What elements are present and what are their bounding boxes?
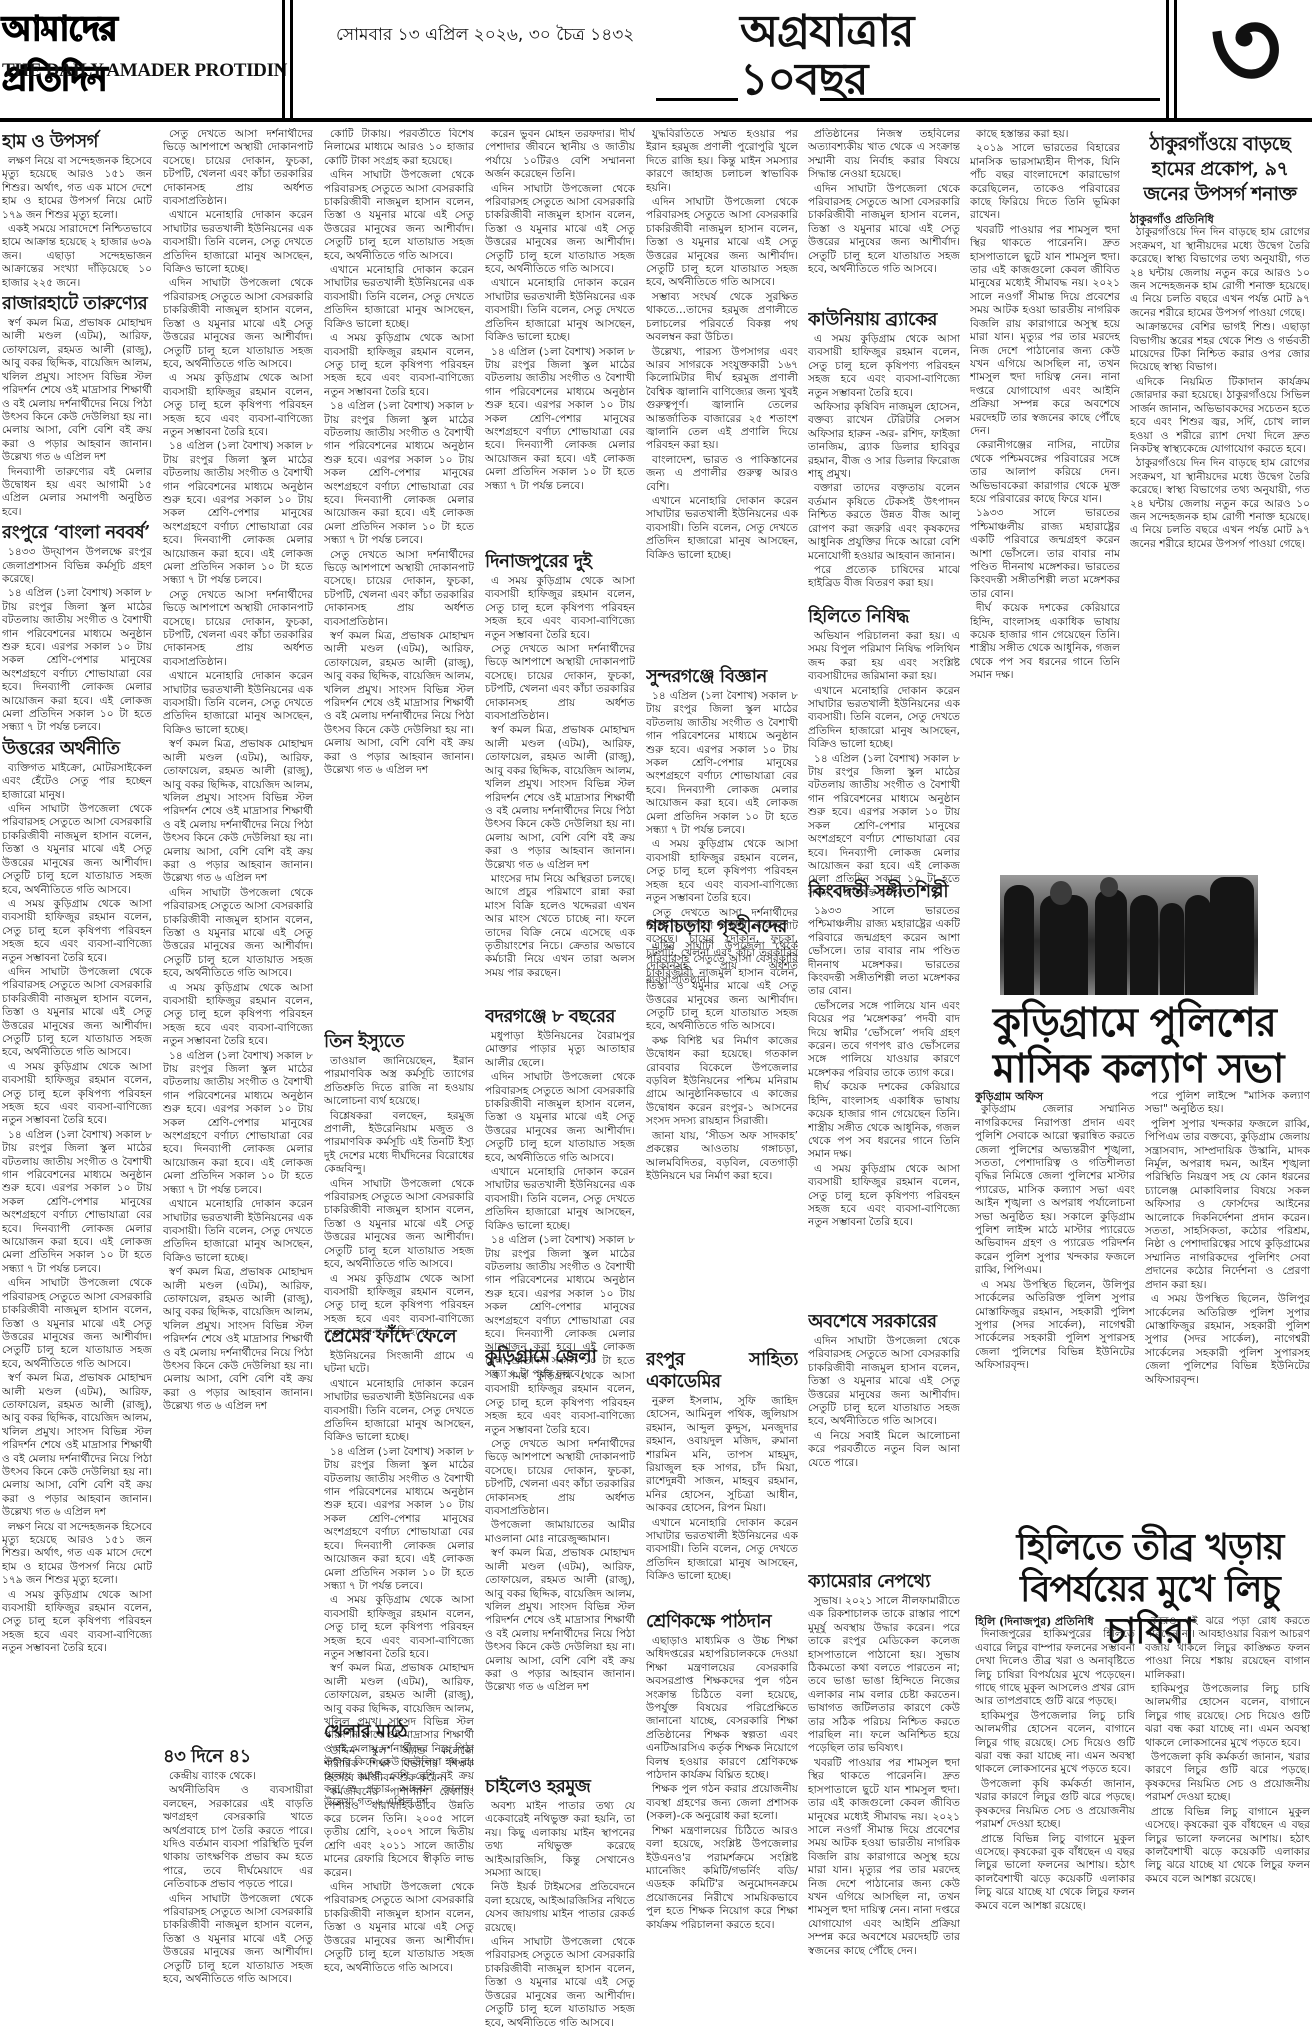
story-paragraph: কর্মজীবনের পাশাপাশি রেফারিং পেশায়ও ধারা… (324, 1786, 474, 1880)
story-byline: হিলি (দিনাজপুর) প্রতিনিধি (975, 1615, 1135, 1628)
story-block: তিন ইস্যুতে তাওয়াল জানিয়েছেন, ইরান পার… (324, 1028, 474, 1341)
story-paragraph: এদিন সাঘাটা উপজেলা থেকে পরিবারসহ সেতুতে … (163, 887, 313, 981)
story-headline: হিলিতে নিষিদ্ধ (808, 606, 960, 628)
story-headline: ঠাকুরগাঁওয়ে বাড়ছে হামের প্রকোপ, ৯৭ জনে… (1130, 132, 1310, 207)
story-paragraph: স্বর্ণ কমল মিত্র, প্রভাষক মোহাম্মদ আলী ম… (485, 724, 635, 871)
story-block: কাউনিয়ায় ব্র্যাকের এ সময় কুড়িগ্রাম থ… (808, 306, 960, 592)
story-headline: হাম ও উপসর্গ (2, 131, 152, 153)
story-paragraph: পরে পুলিশ লাইন্সে "মাসিক কল্যাণ সভা" অনু… (1145, 1090, 1310, 1117)
story-paragraph: ১৪ এপ্রিল (১লা বৈশাখ) সকাল ৮ টায় রংপুর … (163, 1050, 313, 1197)
page-number-divider (1166, 0, 1169, 118)
story-paragraph: এ সময় কুড়িগ্রাম থেকে আসা ব্যবসায়ী হাফ… (485, 575, 635, 642)
story-paragraph: এদিন সাঘাটা উপজেলা থেকে পরিবারসহ সেতুতে … (646, 196, 798, 290)
story-paragraph: বিশ্লেষকরা বলছেন, হরমুজ প্রণালী, ইউরেনিয… (324, 1110, 474, 1177)
story-paragraph: এখানে মনোহারি দোকান করেন সাঘাটার ভরতখালী… (485, 277, 635, 344)
story-paragraph: উল্লেখ্য, পারস্য উপসাগর এবং আরব সাগরকে স… (646, 346, 798, 453)
story-paragraph: এদিন সাঘাটা উপজেলা থেকে পরিবারসহ সেতুতে … (485, 1071, 635, 1165)
story-paragraph: উদ্দিন স্কুল অ্যান্ড কলেজে শারীরিক শিক্ষ… (324, 1745, 474, 1785)
masthead-divider (282, 0, 285, 118)
story-paragraph: দীর্ঘ কয়েক দশকের কেরিয়ারে হিন্দি, বাংল… (808, 1081, 960, 1161)
story-paragraph: লক্ষণ নিয়ে বা সন্দেহজনক হিসেবে মৃত্যু হ… (2, 155, 152, 222)
story-block: হিলিতে নিষিদ্ধ অভিযান পরিচালনা করা হয়। … (808, 603, 960, 901)
story-headline: কিংবদন্তী সঙ্গীতশিল্পী (808, 881, 960, 903)
story-paragraph: উপজেলা কৃষি কর্মকর্তা জানান, খরার কারণে … (1145, 1751, 1310, 1805)
story-paragraph: কোটি টাকায়। পরবর্তীতে বিশেষ নিলামের মাধ… (324, 128, 474, 168)
police-parade-photo (1000, 875, 1258, 995)
story-paragraph: এখানে মনোহারি দোকান করেন সাঘাটার ভরতখালী… (646, 1517, 798, 1584)
story-paragraph: কক্ষ বিশিষ্ট ঘর নির্মাণ কাজের উদ্বোধন কর… (646, 1035, 798, 1129)
story-hili-lychee-cont: করেও এই ঝরে পড়া রোধ করতে পারছেন না। আবহ… (1145, 1615, 1310, 2033)
story-paragraph: সেতু দেখতে আসা দর্শনার্থীদের ভিড়ে আশপাশ… (485, 1438, 635, 1518)
story-paragraph: জানা যায়, ‘সীডস অফ সাদকাহ’ প্রকল্পের আও… (646, 1130, 798, 1184)
story-paragraph: এখানে মনোহারি দোকান করেন সাঘাটার ভরতখালী… (808, 685, 960, 752)
story-paragraph: এ নিয়ে সবাই মিলে আলোচনা করে পরবর্তীতে ন… (808, 1430, 960, 1470)
story-block: ক্যামেরার নেপথ্যে সুভাষ। ২০২১ সালে নীলফা… (808, 1568, 960, 1959)
story-paragraph: সম্ভাব্য সংঘর্ষ থেকে সুরক্ষিত থাকতে…তাদে… (646, 291, 798, 345)
story-paragraph: প্রান্তে বিভিন্ন লিচু বাগানে মুকুল এসেছে… (975, 1833, 1135, 1913)
anniversary-rule (820, 98, 1160, 101)
story-paragraph: ২০১৯ সালে ভারতের বিহারের মানসিক ভারসাম্য… (970, 142, 1120, 222)
story-paragraph: যুদ্ধবিরতিতে সম্মত হওয়ার পর ইরান হরমুজ … (646, 128, 798, 195)
newspaper-logo-english: THE DAILY AMADER PROTIDIN (2, 60, 287, 82)
column-2: সেতু দেখতে আসা দর্শনার্থীদের ভিড়ে আশপাশ… (163, 128, 313, 2033)
story-paragraph: মধুপাড়া ইউনিয়নের বৈরামপুর মোক্তার পাড়… (485, 1030, 635, 1070)
headline-line1: হিলিতে তীব্র খড়ায় (990, 1527, 1310, 1569)
story-headline: উত্তরের অর্থনীতি (2, 738, 152, 760)
story-paragraph: অভিযান পরিচালনা করা হয়। এ সময় বিপুল পর… (808, 630, 960, 684)
story-paragraph: সুভাষ। ২০২১ সালে নীলফামারীতে এক রিকশাচাল… (808, 1595, 960, 1756)
story-paragraph: দীর্ঘ কয়েক দশকের কেরিয়ারে হিন্দি, বাংল… (970, 602, 1120, 682)
masthead-rule (0, 118, 1312, 122)
story-paragraph: তাওয়াল জানিয়েছেন, ইরান পারমাণবিক অস্ত্… (324, 1055, 474, 1109)
masthead-divider (290, 0, 293, 118)
story-paragraph: লক্ষণ নিয়ে বা সন্দেহজনক হিসেবে মৃত্যু হ… (2, 1521, 152, 1588)
story-paragraph: উপজেলা কৃষি কর্মকর্তা জানান, খরার কারণে … (975, 1778, 1135, 1832)
story-byline: ঠাকুরগাঁও প্রতিনিধি (1130, 213, 1310, 226)
story-headline: কুড়িগ্রামে পুলিশের মাসিক কল্যাণ সভা (993, 1000, 1284, 1092)
story-paragraph: খবরটি পাওয়ার পর শামসুল হুদা স্থির থাকতে… (970, 224, 1120, 439)
story-block: চাইলেও হরমুজ অবশ্য মাইন পাতার তথ্য যে এক… (485, 1773, 635, 2031)
story-headline: দিনাজপুরের দুই (485, 551, 635, 573)
headline-line1: কুড়িগ্রামে পুলিশের (993, 1000, 1284, 1046)
story-paragraph: এদিন সাঘাটা উপজেলা থেকে পরিবারসহ সেতুতে … (2, 966, 152, 1060)
issue-date: সোমবার ১৩ এপ্রিল ২০২৬, ৩০ চৈত্র ১৪৩২ (336, 22, 634, 50)
story-headline: সুন্দরগঞ্জে বিজ্ঞান (646, 666, 798, 688)
story-paragraph: এখানে মনোহারি দোকান করেন সাঘাটার ভরতখালী… (646, 495, 798, 562)
story-paragraph: এখানে মনোহারি দোকান করেন সাঘাটার ভরতখালী… (163, 670, 313, 737)
story-paragraph: এদিন সাঘাটা উপজেলা থেকে পরিবারসহ সেতুতে … (485, 1936, 635, 2030)
story-paragraph: প্রান্তে বিভিন্ন লিচু বাগানে মুকুল এসেছে… (1145, 1806, 1310, 1886)
story-paragraph: ১৯৩৩ সালে ভারতের পশ্চিমাঞ্চলীয় রাজ্য মহ… (808, 905, 960, 999)
story-paragraph: স্বর্ণ কমল মিত্র, প্রভাষক মোহাম্মদ আলী ম… (485, 1547, 635, 1694)
story-paragraph: এ সময় কুড়িগ্রাম থেকে আসা ব্যবসায়ী হাফ… (2, 1589, 152, 1656)
story-paragraph: পরে প্রত্যেক চাষিদের মাঝে হাইব্রিড বীজ ব… (808, 564, 960, 591)
story-kurigram-police-cont: পরে পুলিশ লাইন্সে "মাসিক কল্যাণ সভা" অনু… (1145, 1090, 1310, 1515)
story-paragraph: এ সময় কুড়িগ্রাম থেকে আসা ব্যবসায়ী হাফ… (163, 982, 313, 1049)
story-block: দিনাজপুরের দুই এ সময় কুড়িগ্রাম থেকে আস… (485, 548, 635, 981)
story-headline: খেলার মাঠে (324, 1721, 474, 1743)
story-paragraph: এ সময় কুড়িগ্রাম থেকে আসা ব্যবসায়ী হাফ… (646, 838, 798, 905)
story-headline: ক্যামেরার নেপথ্যে (808, 1571, 960, 1593)
story-paragraph: স্বর্ণ কমল মিত্র, প্রভাষক মোহাম্মদ আলী ম… (2, 1372, 152, 1519)
story-paragraph: সেতু দেখতে আসা দর্শনার্থীদের ভিড়ে আশপাশ… (163, 589, 313, 669)
story-paragraph: স্বর্ণ কমল মিত্র, প্রভাষক মোহাম্মদ আলী ম… (2, 317, 152, 464)
story-paragraph: করেও এই ঝরে পড়া রোধ করতে পারছেন না। আবহ… (1145, 1615, 1310, 1682)
story-headline: চাইলেও হরমুজ (485, 1776, 635, 1798)
story-headline: রংপুর সাহিত্য একাডেমির (646, 1349, 798, 1393)
story-paragraph: এ সময় কুড়িগ্রাম থেকে আসা ব্যবসায়ী হাফ… (324, 1594, 474, 1661)
story-paragraph: কেরানীগঞ্জের নাসির, নাটোর থেকে পশ্চিমবঙ্… (970, 439, 1120, 506)
story-kurigram-police: কুড়িগ্রাম অফিস কুড়িগ্রাম জেলার সম্মানি… (975, 1090, 1135, 1515)
story-paragraph: এ সময় কুড়িগ্রাম থেকে আসা ব্যবসায়ী হাফ… (808, 1163, 960, 1230)
story-paragraph: ১৪ এপ্রিল (১লা বৈশাখ) সকাল ৮ টায় রংপুর … (646, 690, 798, 837)
column-5: যুদ্ধবিরতিতে সম্মত হওয়ার পর ইরান হরমুজ … (646, 128, 798, 2033)
story-block: কুড়িগ্রামে জেলা এ সময় কুড়িগ্রাম থেকে … (485, 1343, 635, 1696)
story-paragraph: এ সময় উপস্থিত ছিলেন, উলিপুর সার্কেলের অ… (1145, 1293, 1310, 1387)
story-paragraph: ১৪ এপ্রিল (১লা বৈশাখ) সকাল ৮ টায় রংপুর … (2, 1129, 152, 1276)
story-paragraph: ইউনিয়নের সিংজানী গ্রামে এ ঘটনা ঘটে। (324, 1350, 474, 1377)
story-paragraph: হাকিমপুর উপজেলার লিচু চাষি আলমগীর হোসেন … (1145, 1683, 1310, 1750)
story-block: কিংবদন্তী সঙ্গীতশিল্পী ১৯৩৩ সালে ভারতের … (808, 878, 960, 1231)
story-headline: তিন ইস্যুতে (324, 1031, 474, 1053)
headline-line2: মাসিক কল্যাণ সভা (993, 1046, 1284, 1092)
story-paragraph: এখানে মনোহারি দোকান করেন সাঘাটার ভরতখালী… (324, 1378, 474, 1445)
story-paragraph: সেতু দেখতে আসা দর্শনার্থীদের ভিড়ে আশপাশ… (163, 128, 313, 208)
story-block: অবশেষে সরকারের এদিন সাঘাটা উপজেলা থেকে প… (808, 1308, 960, 1471)
story-paragraph: এদিন সাঘাটা উপজেলা থেকে পরিবারসহ সেতুতে … (808, 183, 960, 277)
story-paragraph: শিক্ষা মন্ত্রণালয়ের চিঠিতে আরও বলা হয়ে… (646, 1825, 798, 1932)
story-paragraph: ঠাকুরগাঁওয়ে দিন দিন বাড়ছে হাম রোগের সং… (1130, 457, 1310, 551)
story-paragraph: এ সময় কুড়িগ্রাম থেকে আসা ব্যবসায়ী হাফ… (2, 898, 152, 965)
story-headline: কাউনিয়ায় ব্র্যাকের (808, 309, 960, 331)
story-paragraph: এ সময় কুড়িগ্রাম থেকে আসা ব্যবসায়ী হাফ… (485, 1370, 635, 1437)
story-hili-lychee: হিলি (দিনাজপুর) প্রতিনিধি দিনাজপুরের হাক… (975, 1615, 1135, 2033)
story-paragraph: এ সময় কুড়িগ্রাম থেকে আসা ব্যবসায়ী হাফ… (324, 332, 474, 399)
story-paragraph: এদিন সাঘাটা উপজেলা থেকে পরিবারসহ সেতুতে … (324, 1178, 474, 1272)
story-paragraph: ১৯৩৩ সালে ভারতের পশ্চিমাঞ্চলীয় রাজ্য মহ… (970, 507, 1120, 601)
story-paragraph: এদিন সাঘাটা উপজেলা থেকে পরিবারসহ সেতুতে … (2, 1277, 152, 1371)
story-paragraph: এ সময় কুড়িগ্রাম থেকে আসা ব্যবসায়ী হাফ… (163, 372, 313, 439)
column-3: কোটি টাকায়। পরবর্তীতে বিশেষ নিলামের মাধ… (324, 128, 474, 2033)
story-paragraph: ঠাকুরগাঁওয়ে দিন দিন বাড়ছে হাম রোগের সং… (1130, 226, 1310, 320)
story-paragraph: কেন্দ্রীয় ব্যাংক থেকে। (163, 1770, 313, 1783)
story-paragraph: কুড়িগ্রাম জেলার সম্মানিত নাগরিকদের নিরা… (975, 1103, 1135, 1277)
story-paragraph: এখানে মনোহারি দোকান করেন সাঘাটার ভরতখালী… (163, 209, 313, 276)
story-paragraph: ব্যক্তিগত মাইক্রো, মোটরসাইকেল এবং হেঁটেও… (2, 762, 152, 802)
story-paragraph: ১৪ এপ্রিল (১লা বৈশাখ) সকাল ৮ টায় রংপুর … (2, 587, 152, 734)
story-paragraph: উপজেলা জামায়াতের আমীর মাওলানা মোঃ নারেজ… (485, 1519, 635, 1546)
story-paragraph: এদিন সাঘাটা উপজেলা থেকে পরিবারসহ সেতুতে … (2, 803, 152, 897)
story-headline: রাজারহাটে তারুণ্যের (2, 293, 152, 315)
column-7: কাছে হস্তান্তর করা হয়। ২০১৯ সালে ভারতের… (970, 128, 1120, 868)
story-thakurgaon-measles: ঠাকুরগাঁওয়ে বাড়ছে হামের প্রকোপ, ৯৭ জনে… (1130, 128, 1310, 868)
story-paragraph: অর্থনীতিবিদ ও ব্যবসায়ীরা বলছেন, সরকারের… (163, 1784, 313, 1891)
story-paragraph: ১৪ এপ্রিল (১লা বৈশাখ) সকাল ৮ টায় রংপুর … (485, 346, 635, 493)
story-headline: গঙ্গাচড়ায় গৃহহীনদের (646, 916, 798, 938)
page-number-divider (1174, 0, 1177, 118)
story-paragraph: ১৪ এপ্রিল (১লা বৈশাখ) সকাল ৮ টায় রংপুর … (163, 440, 313, 587)
story-paragraph: এদিন সাঘাটা উপজেলা থেকে পরিবারসহ সেতুতে … (485, 183, 635, 277)
column-1: হাম ও উপসর্গ লক্ষণ নিয়ে বা সন্দেহজনক হি… (2, 128, 152, 2033)
story-paragraph: নিউ ইয়র্ক টাইমসের প্রতিবেদনে বলা হয়েছে… (485, 1881, 635, 1935)
story-paragraph: এখানে মনোহারি দোকান করেন সাঘাটার ভরতখালী… (324, 264, 474, 331)
story-headline: কুড়িগ্রামে জেলা (485, 1346, 635, 1368)
page-number: ৩ (1210, 0, 1282, 104)
story-paragraph: এদিন সাঘাটা উপজেলা থেকে পরিবারসহ সেতুতে … (324, 169, 474, 263)
story-paragraph: শিক্ষক পুল গঠন করার প্রয়োজনীয় ব্যবস্থা… (646, 1783, 798, 1823)
story-paragraph: এছাড়াও মাধ্যমিক ও উচ্চ শিক্ষা অধিদপ্তরে… (646, 1635, 798, 1782)
column-4: করেন ভুবন মোহন তরফদার। দীর্ঘ পেশাদার জীব… (485, 128, 635, 2033)
story-byline: কুড়িগ্রাম অফিস (975, 1090, 1135, 1103)
story-paragraph: এ সময় কুড়িগ্রাম থেকে আসা ব্যবসায়ী হাফ… (808, 333, 960, 400)
story-paragraph: এ সময় উপস্থিত ছিলেন, উলিপুর সার্কেলের অ… (975, 1279, 1135, 1373)
story-block: বদরগঞ্জে ৮ বছরের মধুপাড়া ইউনিয়নের বৈরা… (485, 1003, 635, 1383)
story-paragraph: নুরুল ইসলাম, সুফি জাহিদ হোসেন, আমিনুল পথ… (646, 1395, 798, 1516)
story-paragraph: এখানে মনোহারি দোকান করেন সাঘাটার ভরতখালী… (485, 1166, 635, 1233)
story-paragraph: করেন ভুবন মোহন তরফদার। দীর্ঘ পেশাদার জীব… (485, 128, 635, 182)
story-paragraph: স্বর্ণ কমল মিত্র, প্রভাষক মোহাম্মদ আলী ম… (163, 1266, 313, 1413)
story-paragraph: দিনব্যাপী তারুণ্যের বই মেলার উদ্বোধন হয়… (2, 466, 152, 520)
story-paragraph: অবশ্য মাইন পাতার তথ্য যে একেবারেই নথিভুক… (485, 1800, 635, 1880)
story-paragraph: সেতু দেখতে আসা দর্শনার্থীদের ভিড়ে আশপাশ… (324, 549, 474, 629)
story-paragraph: স্বর্ণ কমল মিত্র, প্রভাষক মোহাম্মদ আলী ম… (163, 738, 313, 885)
story-block: শ্রেণিকক্ষে পাঠদান এছাড়াও মাধ্যমিক ও উচ… (646, 1608, 798, 1933)
story-headline: অবশেষে সরকারের (808, 1311, 960, 1333)
column-6: প্রতিষ্ঠানের নিজস্ব তহবিলের অত্যাবশ্যকীয… (808, 128, 960, 2033)
story-paragraph: খবরটি পাওয়ার পর শামসুল হুদা স্থির থাকতে… (808, 1757, 960, 1958)
anniversary-line2: ১০বছর (740, 56, 913, 104)
story-block: রংপুর সাহিত্য একাডেমির নুরুল ইসলাম, সুফি… (646, 1346, 798, 1585)
story-block: খেলার মাঠে উদ্দিন স্কুল অ্যান্ড কলেজে শা… (324, 1718, 474, 1976)
story-paragraph: ১৪ এপ্রিল (১লা বৈশাখ) সকাল ৮ টায় রংপুর … (324, 1446, 474, 1593)
story-paragraph: এখানে মনোহারি দোকান করেন সাঘাটার ভরতখালী… (163, 1198, 313, 1265)
anniversary-rule (656, 98, 738, 101)
story-paragraph: এদিন সাঘাটা উপজেলা থেকে পরিবারসহ সেতুতে … (163, 1893, 313, 1987)
story-paragraph: সেতু দেখতে আসা দর্শনার্থীদের ভিড়ে আশপাশ… (485, 643, 635, 723)
story-headline: শ্রেণিকক্ষে পাঠদান (646, 1611, 798, 1633)
story-block: ৪৩ দিনে ৪১ কেন্দ্রীয় ব্যাংক থেকে। অর্থন… (163, 1743, 313, 1988)
masthead: আমাদের প্রতিদিন THE DAILY AMADER PROTIDI… (0, 0, 1312, 118)
anniversary-line1: অগ্রযাত্রার (740, 8, 913, 56)
story-paragraph: পুলিশ সুপার খন্দকার ফজলে রাব্বি, পিপিএম … (1145, 1118, 1310, 1292)
story-paragraph: ১৪ এপ্রিল (১লা বৈশাখ) সকাল ৮ টায় রংপুর … (324, 400, 474, 547)
story-headline: বদরগঞ্জে ৮ বছরের (485, 1006, 635, 1028)
story-paragraph: হাকিমপুর উপজেলার লিচু চাষি আলমগীর হোসেন … (975, 1710, 1135, 1777)
story-paragraph: স্বর্ণ কমল মিত্র, প্রভাষক মোহাম্মদ আলী ম… (324, 630, 474, 777)
story-paragraph: বাংলাদেশ, ভারত ও পাকিস্তানের জন্য এ প্রণ… (646, 454, 798, 494)
story-headline: রংপুরে ‘বাংলা নববর্ষ’ (2, 522, 152, 544)
story-paragraph: মাংসের দাম নিয়ে অস্থিরতা চলছে। আগে প্রচ… (485, 873, 635, 980)
story-paragraph: এদিকে নিয়মিত টিকাদান কার্যক্রম জোরদার ক… (1130, 376, 1310, 456)
story-paragraph: এ সময় কুড়িগ্রাম থেকে আসা ব্যবসায়ী হাফ… (2, 1061, 152, 1128)
story-paragraph: এদিন সাঘাটা উপজেলা থেকে পরিবারসহ সেতুতে … (646, 940, 798, 1034)
story-block: গঙ্গাচড়ায় গৃহহীনদের এদিন সাঘাটা উপজেলা… (646, 913, 798, 1184)
story-paragraph: এদিন সাঘাটা উপজেলা থেকে পরিবারসহ সেতুতে … (324, 1881, 474, 1975)
story-paragraph: অফিসার কৃষিবিদ নাজমুল হোসেন, বক্তব্য রাখ… (808, 401, 960, 481)
story-paragraph: কাছে হস্তান্তর করা হয়। (970, 128, 1120, 141)
story-paragraph: বক্তারা তাদের বক্তৃতায় বলেন বর্তমান কৃষ… (808, 482, 960, 562)
story-paragraph: এদিন সাঘাটা উপজেলা থেকে পরিবারসহ সেতুতে … (808, 1335, 960, 1429)
story-paragraph: এদিন সাঘাটা উপজেলা থেকে পরিবারসহ সেতুতে … (163, 277, 313, 371)
story-headline: প্রেমের ফাঁদে ফেলে (324, 1326, 474, 1348)
anniversary-banner: অগ্রযাত্রার ১০বছর (740, 8, 913, 104)
story-paragraph: প্রতিষ্ঠানের নিজস্ব তহবিলের অত্যাবশ্যকীয… (808, 128, 960, 182)
story-paragraph: দিনাজপুরের হাকিমপুরের হিলিতে এবারে লিচুর… (975, 1628, 1135, 1708)
story-headline: ৪৩ দিনে ৪১ (163, 1746, 313, 1768)
story-paragraph: ১৪৩৩ উদ্‌যাপন উপলক্ষে রংপুর জেলাপ্রশাসন … (2, 546, 152, 586)
story-paragraph: ভোঁসলের সঙ্গে পালিয়ে যান এবং বিয়ের পর … (808, 1000, 960, 1080)
story-paragraph: আক্রান্তদের বেশির ভাগই শিশু। এছাড়া বিভা… (1130, 321, 1310, 375)
story-paragraph: একই সময়ে সারাদেশে নিশ্চিতভাবে হামে আক্র… (2, 223, 152, 290)
newspaper-logo-bengali: আমাদের প্রতিদিন (2, 4, 217, 54)
